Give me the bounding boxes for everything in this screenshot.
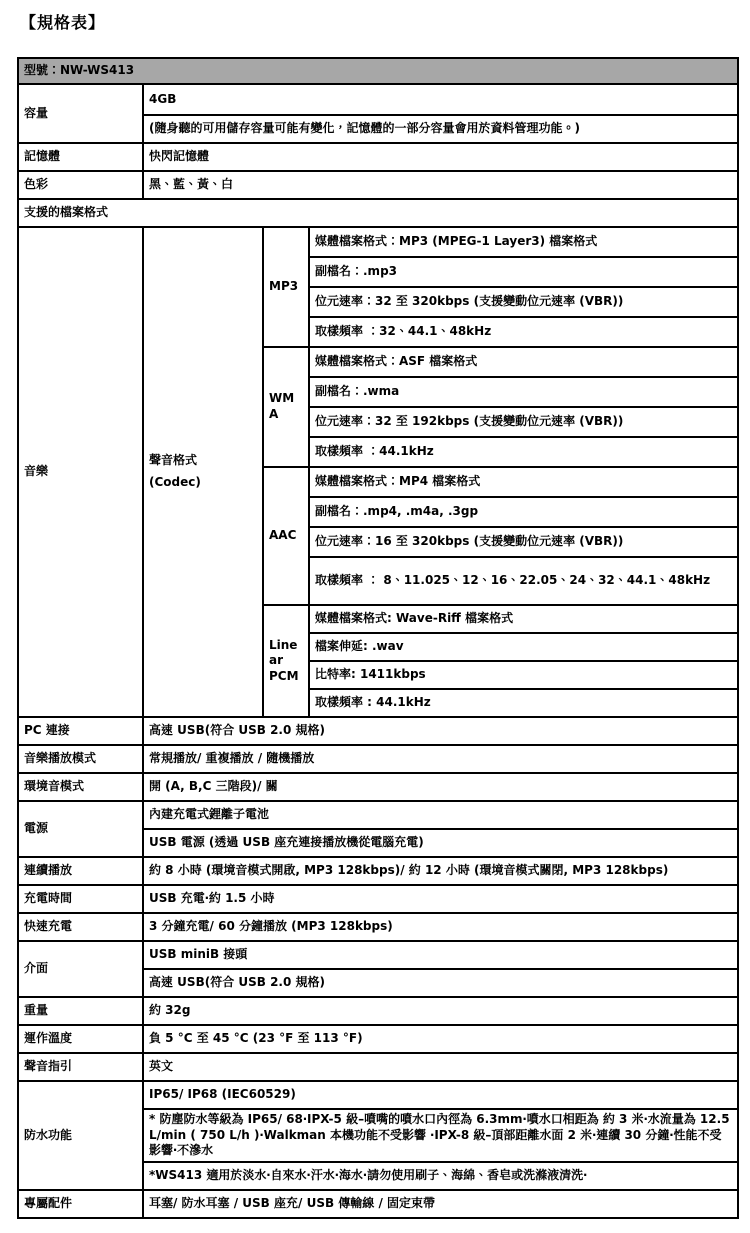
codec-name-linear-pcm: Linear PCM (263, 605, 309, 717)
codec-aac-bitrate: 位元速率：16 至 320kbps (支援變動位元速率 (VBR)) (309, 527, 738, 557)
spec-label-interface: 介面 (18, 941, 143, 997)
codec-lpcm-bitrate: 比特率: 1411kbps (309, 661, 738, 689)
spec-label-voice-guide: 聲音指引 (18, 1053, 143, 1081)
spec-value-operating-temp: 負 5 °C 至 45 °C (23 °F 至 113 °F) (143, 1025, 738, 1053)
codec-aac-extension: 副檔名：.mp4, .m4a, .3gp (309, 497, 738, 527)
codec-wma-bitrate: 位元速率：32 至 192kbps (支援變動位元速率 (VBR)) (309, 407, 738, 437)
spec-label-operating-temp: 運作溫度 (18, 1025, 143, 1053)
spec-value-voice-guide: 英文 (143, 1053, 738, 1081)
codec-label-line2: (Codec) (149, 475, 257, 491)
codec-mp3-sampling: 取樣頻率 ：32、44.1、48kHz (309, 317, 738, 347)
spec-label-weight: 重量 (18, 997, 143, 1025)
codec-mp3-media-format: 媒體檔案格式：MP3 (MPEG-1 Layer3) 檔案格式 (309, 227, 738, 257)
spec-value-memory: 快閃記憶體 (143, 143, 738, 171)
codec-lpcm-media-format: 媒體檔案格式: Wave-Riff 檔案格式 (309, 605, 738, 633)
codec-wma-media-format: 媒體檔案格式：ASF 檔案格式 (309, 347, 738, 377)
spec-value-waterproof-rating: IP65/ IP68 (IEC60529) (143, 1081, 738, 1109)
spec-value-pc-connection: 高速 USB(符合 USB 2.0 規格) (143, 717, 738, 745)
spec-label-charge-time: 充電時間 (18, 885, 143, 913)
codec-mp3-extension: 副檔名：.mp3 (309, 257, 738, 287)
spec-value-waterproof-usage: *WS413 適用於淡水‧自來水‧汗水‧海水‧請勿使用刷子、海綿、香皂或洗滌液清… (143, 1162, 738, 1190)
spec-value-charge-time: USB 充電‧約 1.5 小時 (143, 885, 738, 913)
codec-lpcm-extension: 檔案伸延: .wav (309, 633, 738, 661)
spec-table: 型號：NW-WS413 容量 4GB (隨身聽的可用儲存容量可能有變化，記憶體的… (17, 57, 739, 1219)
spec-supported-formats-header: 支援的檔案格式 (18, 199, 738, 227)
spec-value-interface-usb: 高速 USB(符合 USB 2.0 規格) (143, 969, 738, 997)
codec-aac-media-format: 媒體檔案格式：MP4 檔案格式 (309, 467, 738, 497)
codec-label-line1: 聲音格式 (149, 453, 257, 469)
codec-wma-sampling: 取樣頻率 ：44.1kHz (309, 437, 738, 467)
spec-value-play-modes: 常規播放/ 重複播放 / 隨機播放 (143, 745, 738, 773)
spec-label-continuous-play: 連續播放 (18, 857, 143, 885)
codec-mp3-bitrate: 位元速率：32 至 320kbps (支援變動位元速率 (VBR)) (309, 287, 738, 317)
spec-label-power: 電源 (18, 801, 143, 857)
spec-label-capacity: 容量 (18, 84, 143, 143)
spec-label-music: 音樂 (18, 227, 143, 717)
spec-value-accessories: 耳塞/ 防水耳塞 / USB 座充/ USB 傳輸線 / 固定束帶 (143, 1190, 738, 1218)
codec-aac-sampling: 取樣頻率 ： 8、11.025、12、16、22.05、24、32、44.1、4… (309, 557, 738, 605)
spec-value-quick-charge: 3 分鐘充電/ 60 分鐘播放 (MP3 128kbps) (143, 913, 738, 941)
codec-wma-extension: 副檔名：.wma (309, 377, 738, 407)
spec-label-ambient-mode: 環境音模式 (18, 773, 143, 801)
table-header-model: 型號：NW-WS413 (18, 58, 738, 84)
codec-name-aac: AAC (263, 467, 309, 605)
page-title: 【規格表】 (20, 10, 750, 33)
spec-label-memory: 記憶體 (18, 143, 143, 171)
spec-label-waterproof: 防水功能 (18, 1081, 143, 1190)
spec-value-ambient-mode: 開 (A, B,C 三階段)/ 關 (143, 773, 738, 801)
spec-value-color: 黑、藍、黃、白 (143, 171, 738, 199)
spec-value-power-usb: USB 電源 (透過 USB 座充連接播放機從電腦充電) (143, 829, 738, 857)
codec-name-wma: WMA (263, 347, 309, 467)
spec-label-color: 色彩 (18, 171, 143, 199)
codec-lpcm-sampling: 取樣頻率 : 44.1kHz (309, 689, 738, 717)
spec-note-capacity: (隨身聽的可用儲存容量可能有變化，記憶體的一部分容量會用於資料管理功能。) (143, 115, 738, 143)
spec-value-interface-minib: USB miniB 接頭 (143, 941, 738, 969)
spec-label-play-modes: 音樂播放模式 (18, 745, 143, 773)
spec-label-accessories: 專屬配件 (18, 1190, 143, 1218)
spec-label-pc-connection: PC 連接 (18, 717, 143, 745)
spec-value-power-battery: 內建充電式鋰離子電池 (143, 801, 738, 829)
spec-value-waterproof-detail: * 防塵防水等級為 IP65/ 68‧IPX-5 級–噴嘴的噴水口內徑為 6.3… (143, 1109, 738, 1162)
codec-name-mp3: MP3 (263, 227, 309, 347)
spec-label-codec: 聲音格式 (Codec) (143, 227, 263, 717)
spec-value-capacity: 4GB (143, 84, 738, 115)
spec-label-quick-charge: 快速充電 (18, 913, 143, 941)
spec-value-continuous-play: 約 8 小時 (環境音模式開啟, MP3 128kbps)/ 約 12 小時 (… (143, 857, 738, 885)
spec-value-weight: 約 32g (143, 997, 738, 1025)
